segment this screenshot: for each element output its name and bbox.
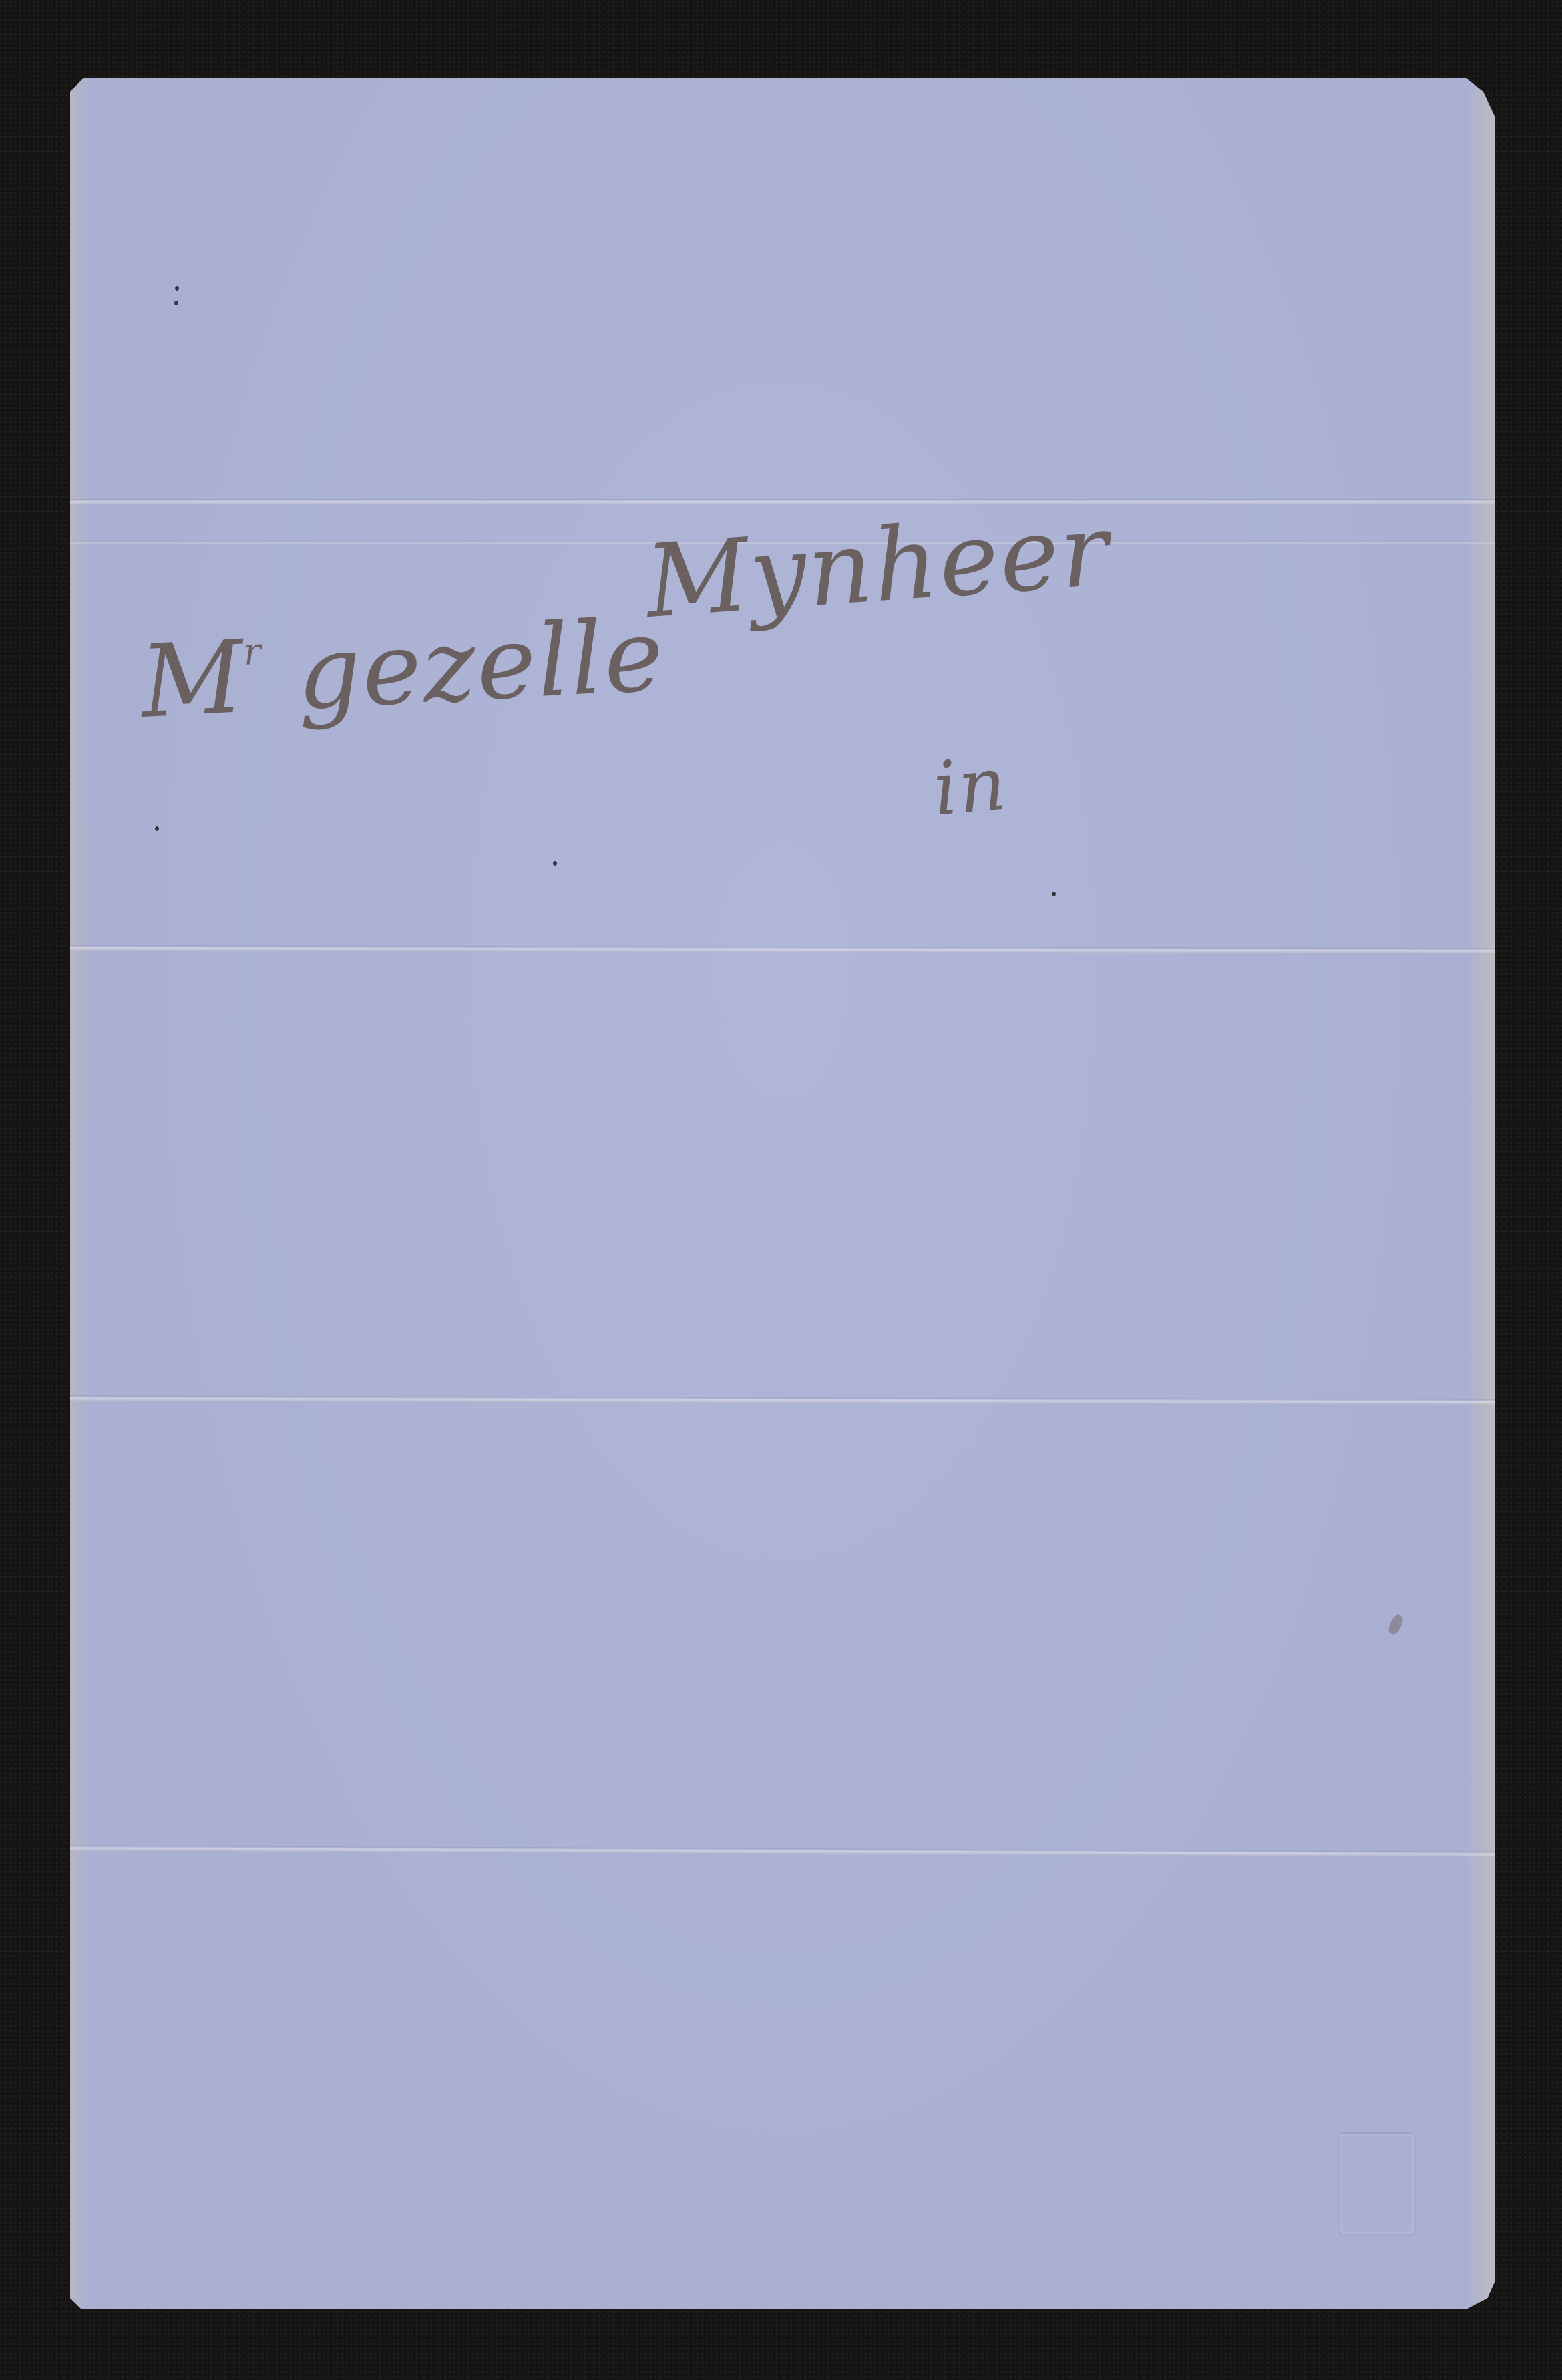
embossed-stamp-mark: [1339, 2132, 1415, 2235]
handwritten-location-word: in: [930, 746, 1010, 826]
handwritten-salutation: Mynheer: [643, 500, 1113, 633]
fold-crease: [70, 1845, 1495, 1856]
fold-crease: [70, 945, 1495, 953]
fold-crease: [70, 499, 1495, 504]
ink-dot: [175, 286, 179, 291]
addressee-name: gezelle: [294, 597, 668, 733]
fold-crease: [70, 1395, 1495, 1405]
ink-stain: [1386, 1613, 1404, 1636]
ink-dot: [174, 301, 178, 305]
ink-dot: [155, 826, 159, 831]
ink-dot: [1052, 892, 1056, 896]
name-prefix: M: [138, 619, 248, 741]
letter-sheet: Mynheer Mr gezelle in: [70, 78, 1495, 2309]
name-prefix-superscript: r: [242, 630, 264, 673]
handwritten-addressee: Mr gezelle: [138, 605, 667, 733]
ink-dot: [553, 861, 557, 866]
